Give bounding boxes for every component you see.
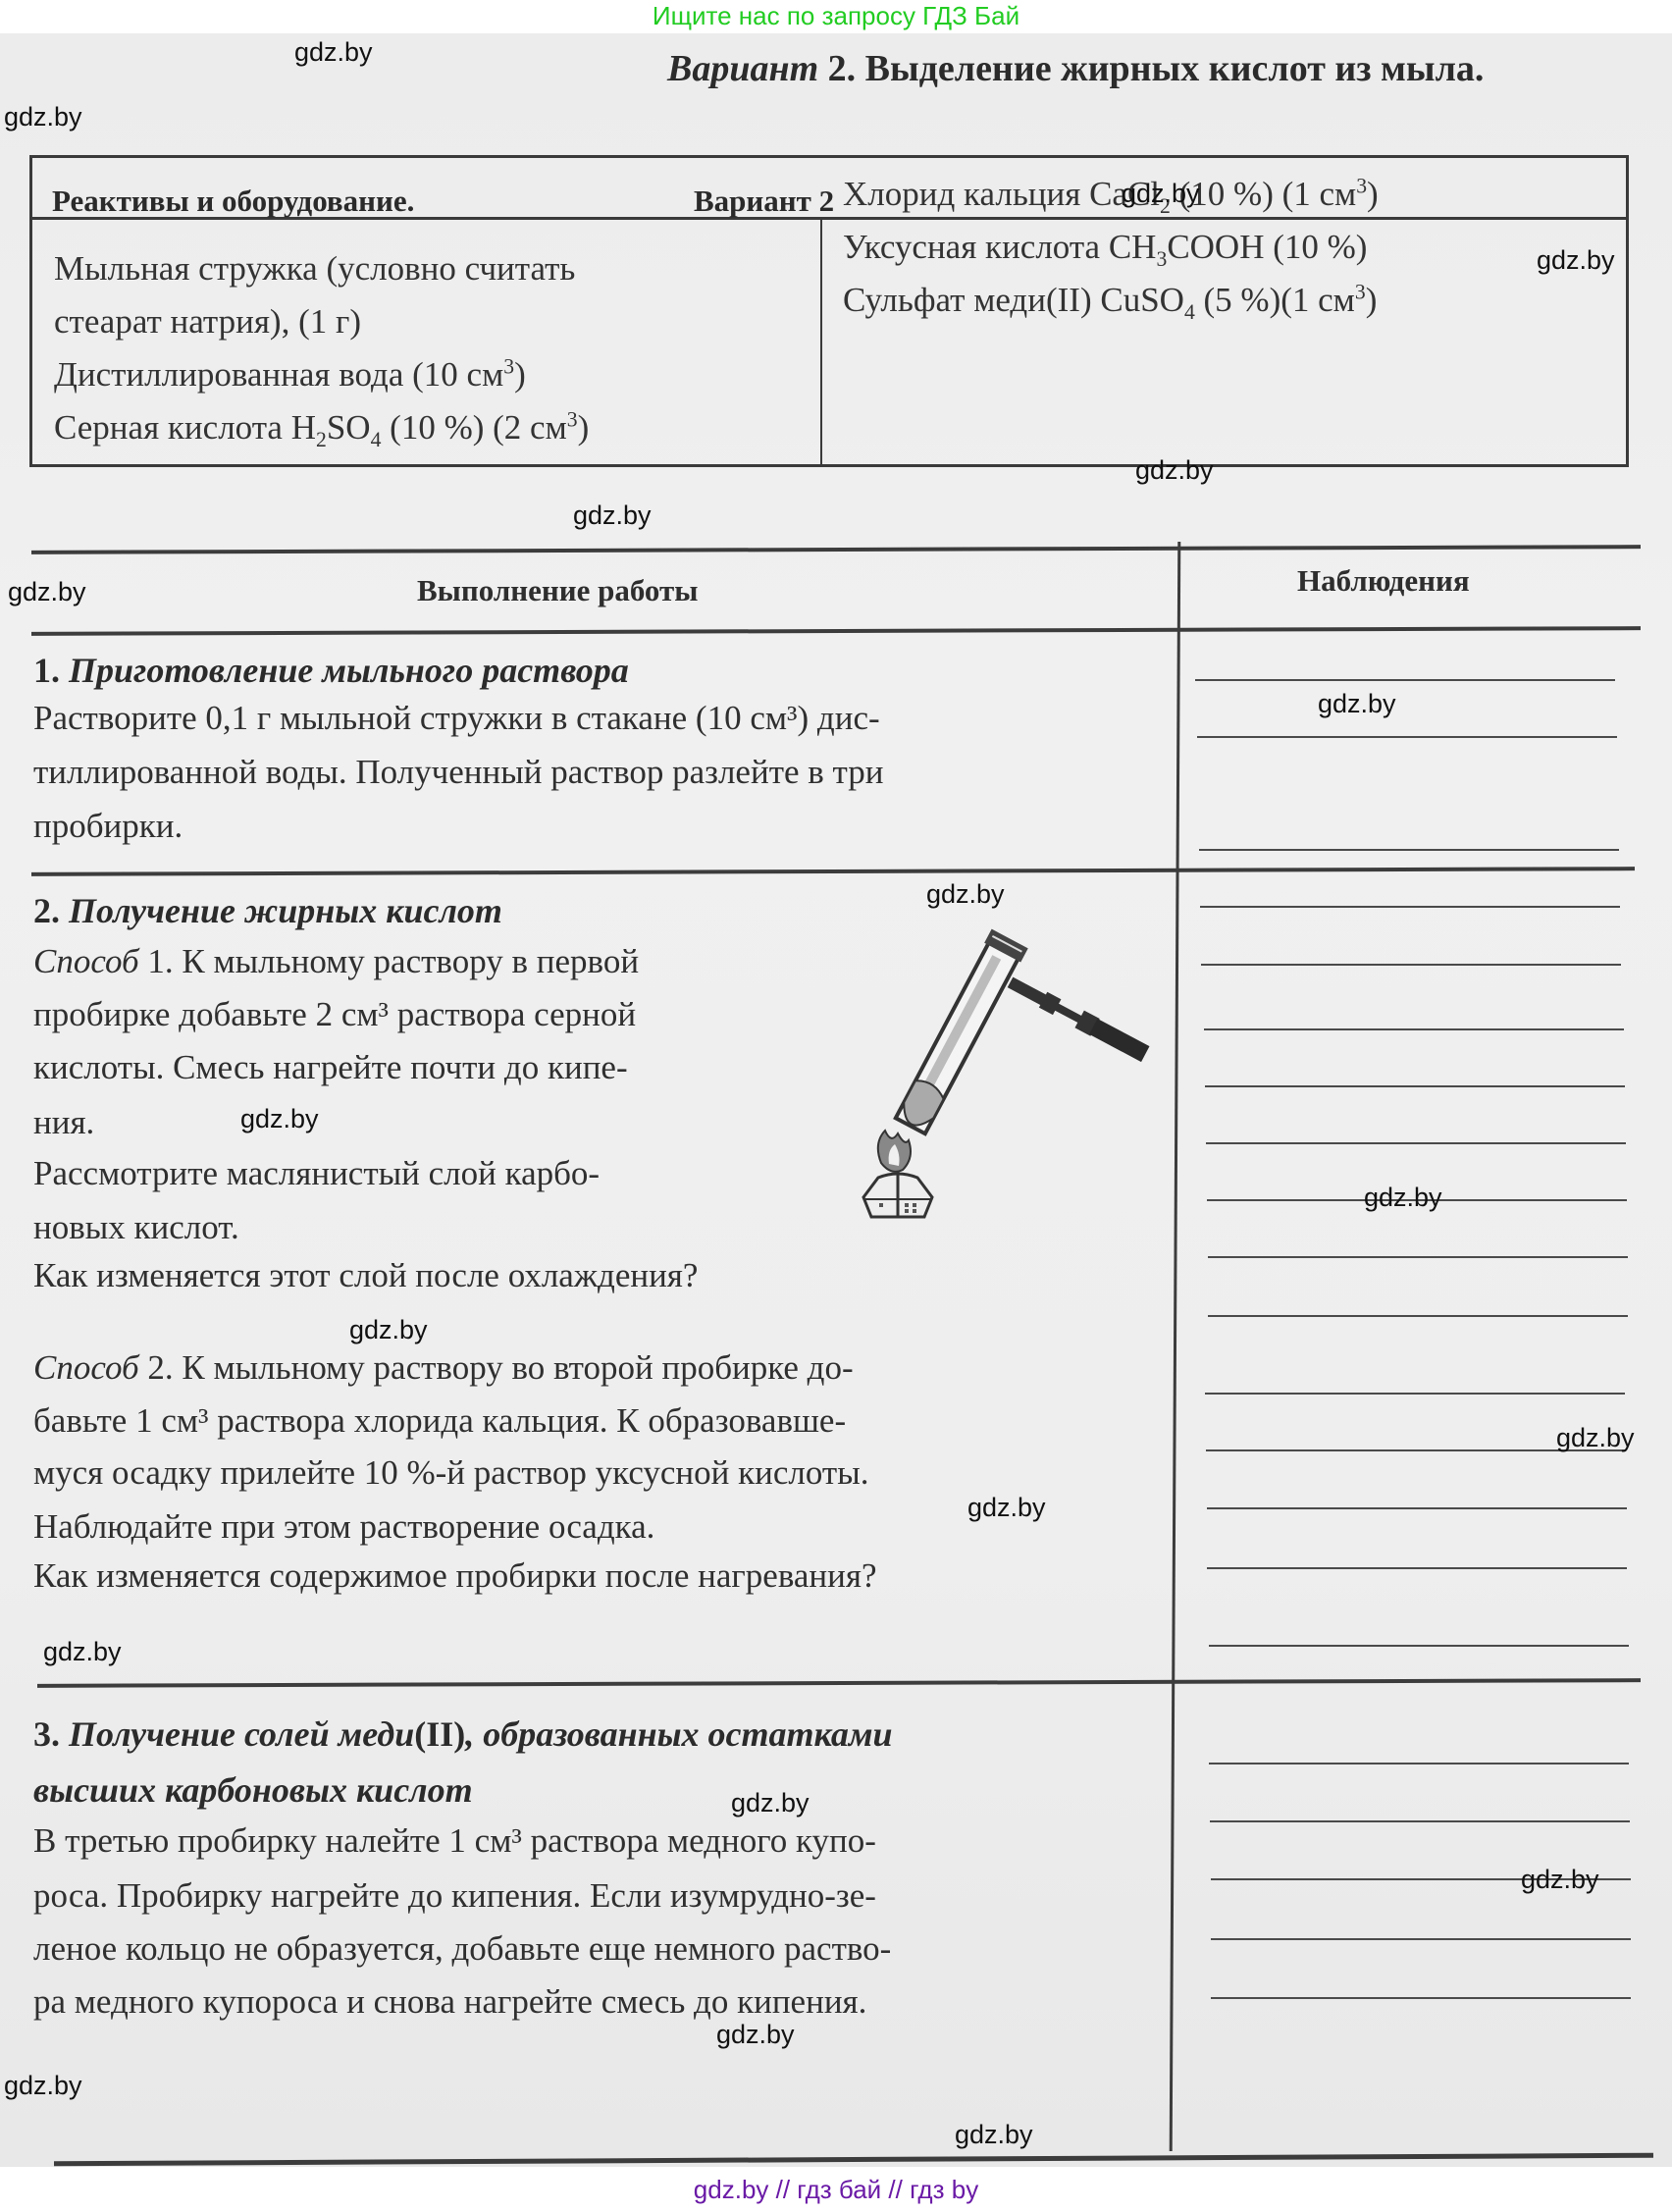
observation-line[interactable] bbox=[1206, 1142, 1626, 1144]
watermark: gdz.by bbox=[4, 2071, 82, 2101]
section-3-title: 3. Получение солей меди(II), образованны… bbox=[33, 1713, 893, 1755]
observation-line[interactable] bbox=[1201, 964, 1621, 966]
observation-line[interactable] bbox=[1205, 1393, 1625, 1395]
reagents-header-right: Вариант 2 bbox=[694, 184, 834, 219]
column-divider bbox=[820, 217, 822, 464]
method-1-line: пробирке добавьте 2 см³ раствора серной bbox=[33, 995, 636, 1034]
section-3-line: ра медного купороса и снова нагрейте сме… bbox=[33, 1982, 866, 2022]
reagent-item: Мыльная стружка (условно считать bbox=[54, 242, 810, 295]
method-2-line: муся осадку прилейте 10 %-й раствор уксу… bbox=[33, 1453, 868, 1493]
observation-line[interactable] bbox=[1195, 679, 1615, 681]
observation-line[interactable] bbox=[1209, 1645, 1629, 1647]
section-1-line: тиллированной воды. Полученный раствор р… bbox=[33, 753, 884, 792]
variant-label: Вариант bbox=[667, 48, 818, 89]
section-3-line: В третью пробирку налейте 1 см³ раствора… bbox=[33, 1821, 876, 1861]
method-2-line: Способ 2. К мыльному раствору во второй … bbox=[33, 1348, 854, 1388]
observation-line[interactable] bbox=[1208, 1315, 1628, 1317]
observation-line[interactable] bbox=[1207, 1567, 1627, 1569]
observation-line[interactable] bbox=[1211, 1997, 1631, 1999]
watermark: gdz.by bbox=[1318, 689, 1396, 719]
method-1-line: новых кислот. bbox=[33, 1208, 239, 1247]
method-2-line: бавьте 1 см³ раствора хлорида кальция. К… bbox=[33, 1401, 846, 1441]
test-tube-over-spirit-lamp-icon bbox=[844, 922, 1177, 1246]
watermark: gdz.by bbox=[926, 879, 1005, 910]
title-text: Выделение жирных кислот из мыла. bbox=[865, 48, 1485, 89]
watermark: gdz.by bbox=[1537, 245, 1615, 276]
watermark: gdz.by bbox=[1521, 1865, 1599, 1895]
reagent-item: Дистиллированная вода (10 см3) bbox=[54, 348, 810, 401]
watermark: gdz.by bbox=[967, 1493, 1046, 1523]
watermark: gdz.by bbox=[1122, 179, 1200, 209]
watermark: gdz.by bbox=[1135, 455, 1214, 486]
observation-line[interactable] bbox=[1200, 906, 1620, 908]
reagent-item: Сульфат меди(II) CuSO4 (5 %)(1 см3) bbox=[843, 274, 1618, 327]
reagents-header-left: Реактивы и оборудование. bbox=[52, 184, 414, 219]
reagent-item: стеарат натрия), (1 г) bbox=[54, 295, 810, 348]
bottom-banner[interactable]: gdz.by // гдз бай // гдз by bbox=[0, 2167, 1672, 2212]
reagent-item: Хлорид кальция CaCl2 (10 %) (1 см3) bbox=[843, 168, 1618, 221]
observation-line[interactable] bbox=[1207, 1507, 1627, 1509]
section-1-line: Растворите 0,1 г мыльной стружки в стака… bbox=[33, 699, 880, 738]
section-3-line: роса. Пробирку нагрейте до кипения. Если… bbox=[33, 1876, 876, 1916]
observation-line[interactable] bbox=[1199, 849, 1619, 851]
reagent-item: Серная кислота H2SO4 (10 %) (2 см3) bbox=[54, 401, 810, 454]
method-2-question: Как изменяется содержимое пробирки после… bbox=[33, 1556, 877, 1596]
reagents-list-left: Мыльная стружка (условно считать стеарат… bbox=[54, 242, 810, 454]
watermark: gdz.by bbox=[240, 1104, 319, 1134]
observation-line[interactable] bbox=[1210, 1820, 1630, 1822]
section-1-line: пробирки. bbox=[33, 807, 183, 846]
variant-number: 2. bbox=[828, 48, 857, 89]
watermark: gdz.by bbox=[294, 37, 373, 68]
column-header-work: Выполнение работы bbox=[417, 573, 698, 608]
method-1-label: Способ bbox=[33, 942, 139, 980]
observation-line[interactable] bbox=[1205, 1085, 1625, 1087]
method-1-line: кислоты. Смесь нагрейте почти до кипе- bbox=[33, 1048, 628, 1087]
watermark: gdz.by bbox=[8, 577, 86, 607]
observation-line[interactable] bbox=[1209, 1763, 1629, 1764]
watermark: gdz.by bbox=[955, 2120, 1033, 2150]
watermark: gdz.by bbox=[1556, 1423, 1635, 1453]
section-3-title-line2: высших карбоновых кислот bbox=[33, 1769, 473, 1811]
watermark: gdz.by bbox=[1364, 1183, 1442, 1213]
method-1-line: Рассмотрите маслянистый слой карбо- bbox=[33, 1154, 600, 1193]
reagents-table: Реактивы и оборудование. Вариант 2 Мыльн… bbox=[29, 155, 1629, 467]
section-2-title: 2. Получение жирных кислот bbox=[33, 890, 502, 931]
page-title: Вариант 2. Выделение жирных кислот из мы… bbox=[667, 47, 1484, 90]
watermark: gdz.by bbox=[349, 1315, 428, 1345]
section-3-line: леное кольцо не образуется, добавьте еще… bbox=[33, 1929, 891, 1969]
top-banner[interactable]: Ищите нас по запросу ГДЗ Бай bbox=[0, 0, 1672, 33]
observation-line[interactable] bbox=[1197, 736, 1617, 738]
observation-line[interactable] bbox=[1208, 1256, 1628, 1258]
reagent-item: Уксусная кислота CH3COOH (10 %) bbox=[843, 221, 1618, 274]
watermark: gdz.by bbox=[716, 2020, 795, 2050]
method-2-line: Наблюдайте при этом растворение осадка. bbox=[33, 1507, 654, 1547]
method-1-line: ния. bbox=[33, 1103, 94, 1142]
column-header-observations: Наблюдения bbox=[1297, 563, 1470, 599]
observation-line[interactable] bbox=[1204, 1028, 1624, 1030]
watermark: gdz.by bbox=[4, 102, 82, 132]
method-1-line: Способ 1. К мыльному раствору в первой bbox=[33, 942, 639, 981]
watermark: gdz.by bbox=[731, 1788, 810, 1818]
method-1-question: Как изменяется этот слой после охлаждени… bbox=[33, 1256, 698, 1295]
observation-line[interactable] bbox=[1211, 1938, 1631, 1940]
watermark: gdz.by bbox=[43, 1637, 122, 1667]
watermark: gdz.by bbox=[573, 500, 652, 531]
method-2-label: Способ bbox=[33, 1348, 139, 1387]
reagents-list-right: Хлорид кальция CaCl2 (10 %) (1 см3) Уксу… bbox=[843, 168, 1618, 327]
section-1-title: 1. Приготовление мыльного раствора bbox=[33, 650, 629, 691]
